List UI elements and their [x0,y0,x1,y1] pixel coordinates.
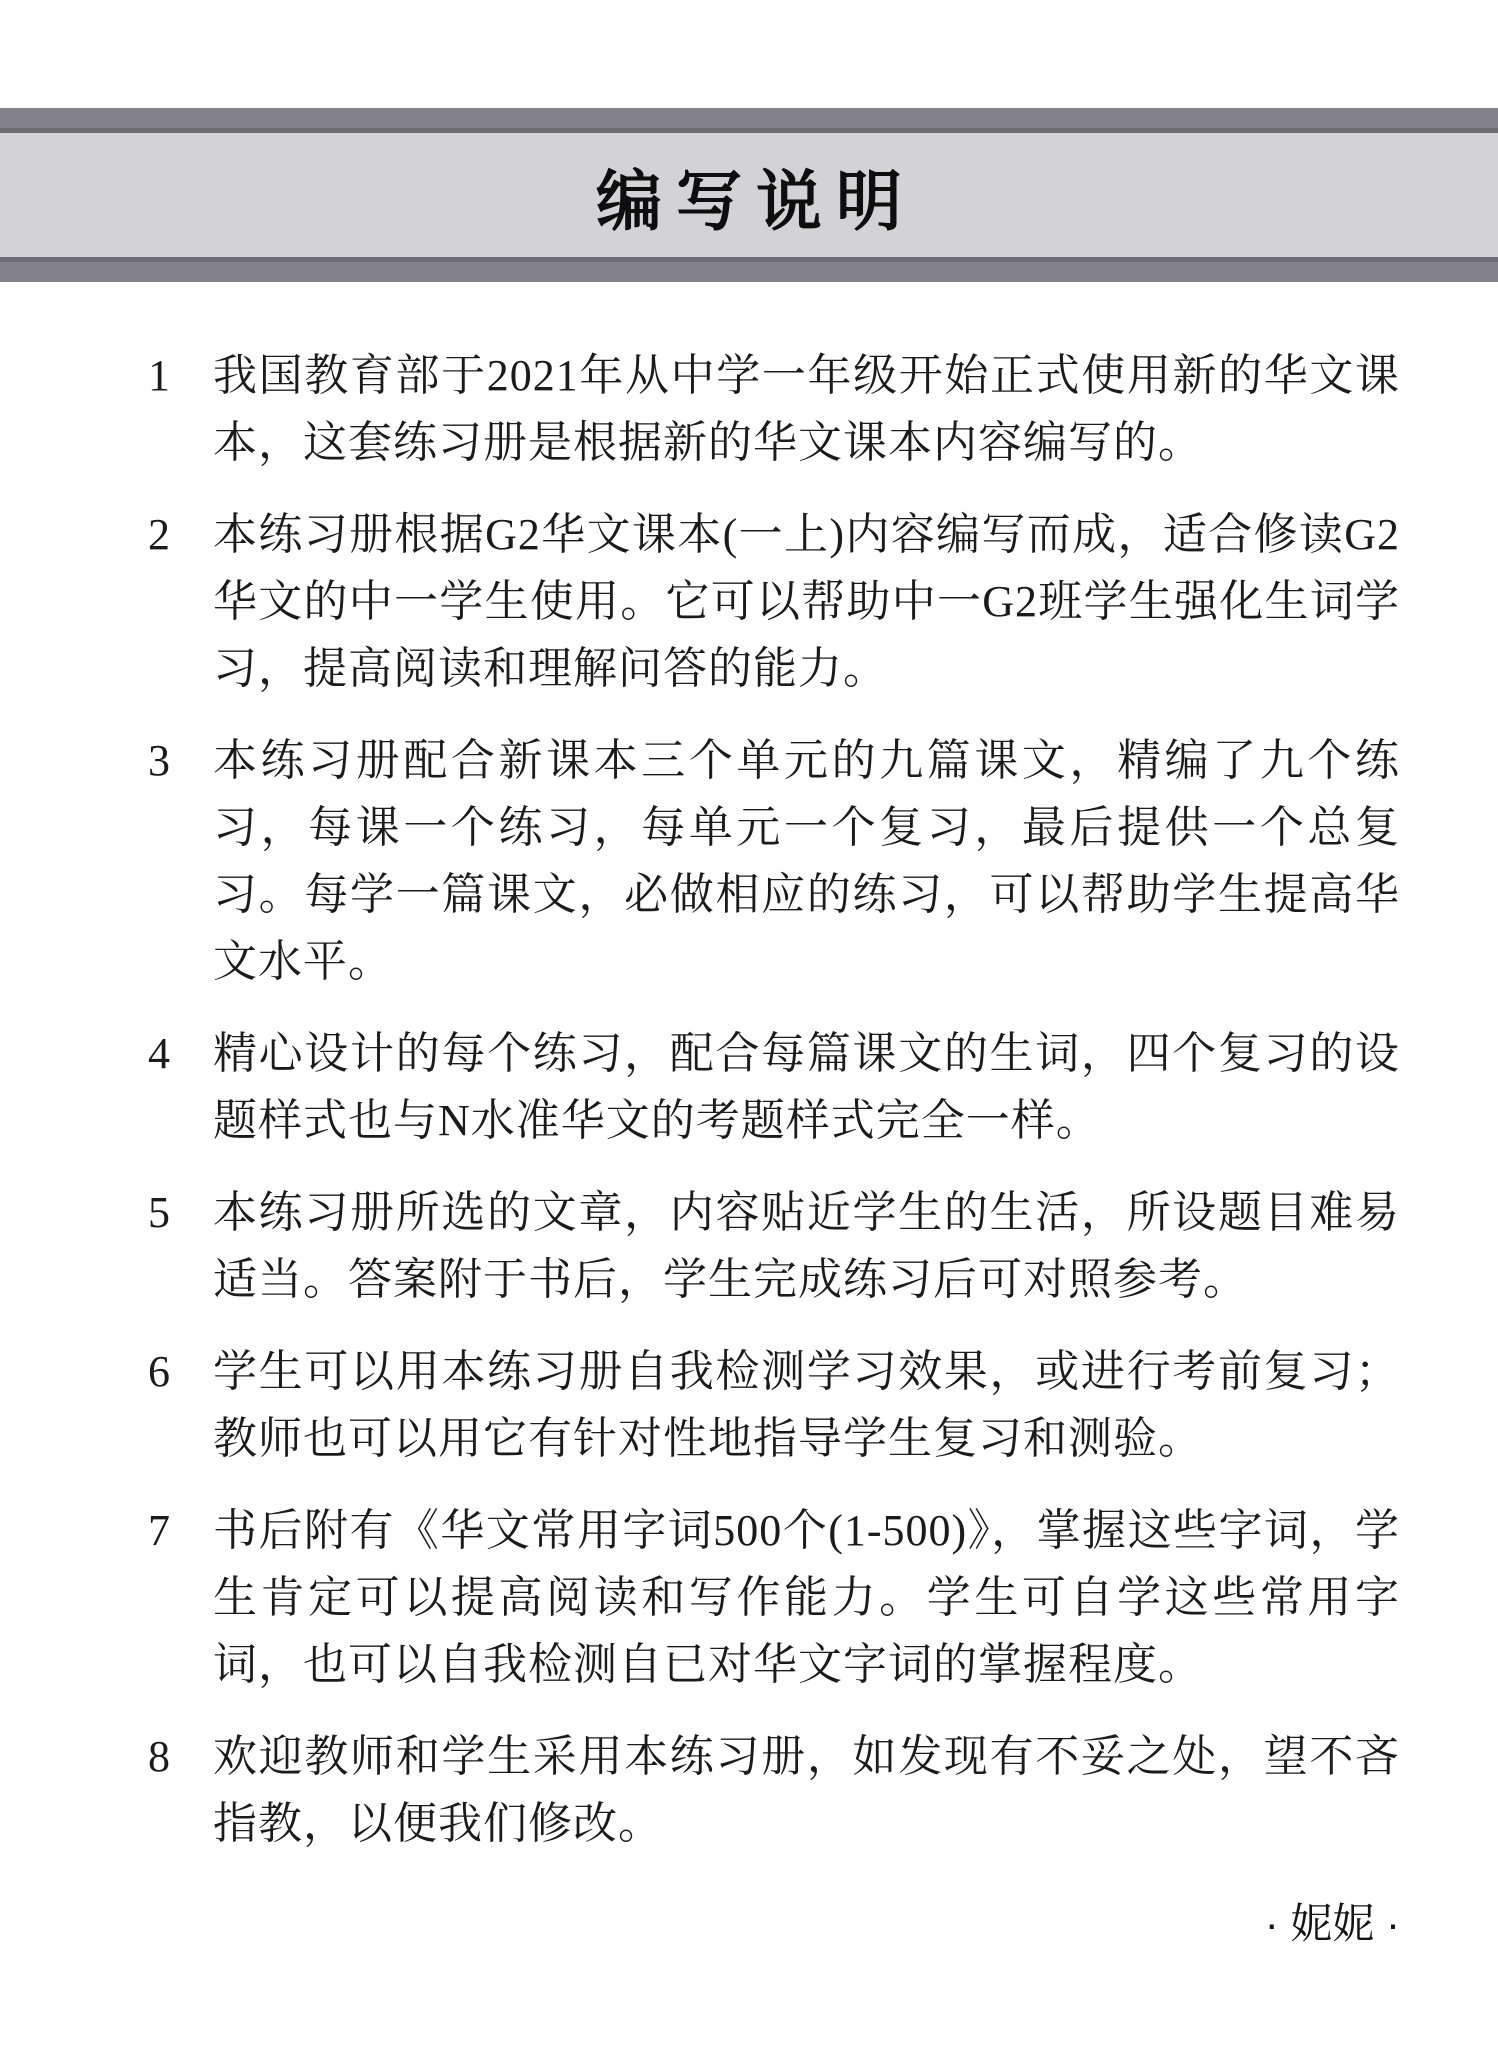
list-item: 3 本练习册配合新课本三个单元的九篇课文，精编了九个练习，每课一个练习，每单元一… [148,727,1400,995]
item-number: 8 [148,1723,213,1790]
header-top-bar [0,108,1498,133]
list-item: 7 书后附有《华文常用字词500个(1-500)》，掌握这些字词，学生肯定可以提… [148,1497,1400,1698]
item-text: 本练习册根据G2华文课本(一上)内容编写而成，适合修读G2华文的中一学生使用。它… [213,501,1400,702]
list-item: 4 精心设计的每个练习，配合每篇课文的生词，四个复习的设题样式也与N水准华文的考… [148,1020,1400,1154]
author-signature: · 妮妮 · [148,1899,1400,1949]
item-text: 本练习册所选的文章，内容贴近学生的生活，所设题目难易适当。答案附于书后，学生完成… [213,1179,1400,1313]
item-text: 本练习册配合新课本三个单元的九篇课文，精编了九个练习，每课一个练习，每单元一个复… [213,727,1400,995]
instructions-list: 1 我国教育部于2021年从中学一年级开始正式使用新的华文课本，这套练习册是根据… [148,342,1400,1949]
item-number: 5 [148,1179,213,1246]
item-number: 6 [148,1338,213,1405]
item-text: 欢迎教师和学生采用本练习册，如发现有不妥之处，望不吝指教，以便我们修改。 [213,1723,1400,1857]
header-title-band: 编写说明 [0,133,1498,257]
item-number: 2 [148,501,213,568]
header-bottom-bar [0,257,1498,282]
item-number: 7 [148,1497,213,1564]
list-item: 1 我国教育部于2021年从中学一年级开始正式使用新的华文课本，这套练习册是根据… [148,342,1400,476]
item-number: 1 [148,342,213,409]
list-item: 6 学生可以用本练习册自我检测学习效果，或进行考前复习；教师也可以用它有针对性地… [148,1338,1400,1472]
list-item: 8 欢迎教师和学生采用本练习册，如发现有不妥之处，望不吝指教，以便我们修改。 [148,1723,1400,1857]
item-text: 学生可以用本练习册自我检测学习效果，或进行考前复习；教师也可以用它有针对性地指导… [213,1338,1400,1472]
item-text: 书后附有《华文常用字词500个(1-500)》，掌握这些字词，学生肯定可以提高阅… [213,1497,1400,1698]
item-text: 我国教育部于2021年从中学一年级开始正式使用新的华文课本，这套练习册是根据新的… [213,342,1400,476]
page-title: 编写说明 [582,148,916,243]
item-text: 精心设计的每个练习，配合每篇课文的生词，四个复习的设题样式也与N水准华文的考题样… [213,1020,1400,1154]
item-number: 4 [148,1020,213,1087]
document-page: { "page": { "title": "编写说明", "items": [ … [0,0,1498,2045]
item-number: 3 [148,727,213,794]
list-item: 2 本练习册根据G2华文课本(一上)内容编写而成，适合修读G2华文的中一学生使用… [148,501,1400,702]
page-header: 编写说明 [0,108,1498,282]
list-item: 5 本练习册所选的文章，内容贴近学生的生活，所设题目难易适当。答案附于书后，学生… [148,1179,1400,1313]
